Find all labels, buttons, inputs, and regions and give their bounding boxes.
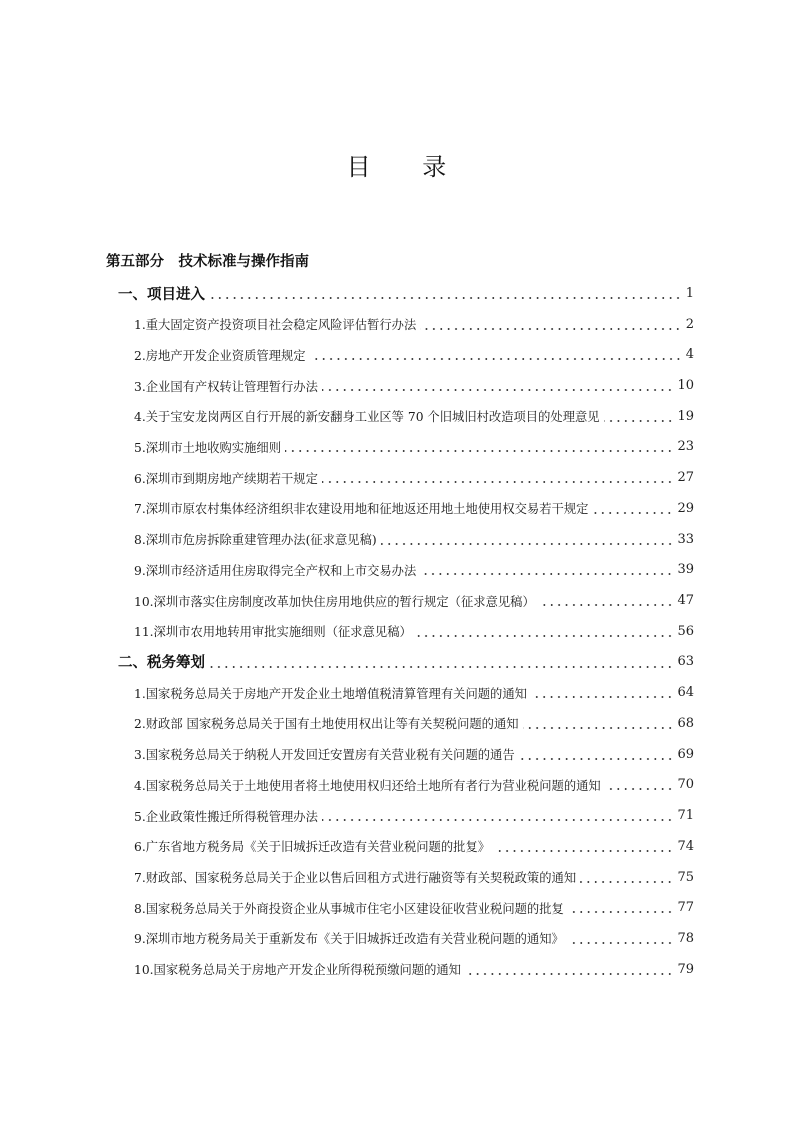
dot-leader [580,881,673,883]
toc-entry-label: 3.企业国有产权转让管理暂行办法 [134,377,318,395]
toc-page-number: 56 [677,624,694,639]
toc-page-number: 23 [677,439,694,454]
toc-entry-label: 2.财政部 国家税务总局关于国有土地使用权出让等有关契税问题的通知 [134,714,519,732]
toc-entry-label: 9.深圳市经济适用住房取得完全产权和上市交易办法 [134,561,416,579]
toc-entry-label: 1.重大固定资产投资项目社会稳定风险评估暂行办法 [134,315,416,333]
dot-leader [322,819,674,821]
toc-entry-label: 4.国家税务总局关于土地使用者将土地使用权归还给土地所有者行为营业税问题的通知 [134,776,601,794]
dot-leader [285,450,673,452]
toc-page-number: 47 [677,593,694,608]
toc-entry[interactable]: 10.深圳市落实住房制度改革加快住房用地供应的暂行规定（征求意见稿） 47 [0,585,793,616]
toc-page-number: 68 [677,716,694,731]
toc-entry[interactable]: 4.关于宝安龙岗两区自行开展的新安翻身工业区等 70 个旧城旧村改造项目的处理意… [0,401,793,432]
toc-entry-label: 11.深圳市农用地转用审批实施细则（征求意见稿） [134,622,412,640]
toc-entry-label: 9.深圳市地方税务局关于重新发布《关于旧城拆迁改造有关营业税问题的通知》 [134,929,564,947]
toc-entry[interactable]: 2.房地产开发企业资质管理规定 4 [0,339,793,370]
toc-page-number: 10 [677,378,694,393]
toc-section-label: 二、税务筹划 [118,651,205,672]
toc-page-number: 64 [677,685,694,700]
toc-entry-label: 10.国家税务总局关于房地产开发企业所得税预缴问题的通知 [134,960,461,978]
toc-section-heading[interactable]: 二、税务筹划 63 [0,647,793,678]
document-page: 目 录 第五部分 技术标准与操作指南 一、项目进入 1 1.重大固定资产投资项目… [0,0,793,1121]
toc-page-number: 78 [677,931,694,946]
toc-entry-label: 1.国家税务总局关于房地产开发企业土地增值税清算管理有关问题的通知 [134,684,527,702]
dot-leader [322,389,674,391]
toc-entry[interactable]: 7.深圳市原农村集体经济组织非农建设用地和征地返还用地土地使用权交易若干规定 2… [0,493,793,524]
table-of-contents: 一、项目进入 1 1.重大固定资产投资项目社会稳定风险评估暂行办法 2 2.房地… [0,278,793,985]
toc-entry[interactable]: 2.财政部 国家税务总局关于国有土地使用权出让等有关契税问题的通知 68 [0,708,793,739]
dot-leader [523,727,674,729]
dot-leader [465,973,673,975]
toc-entry[interactable]: 5.企业政策性搬迁所得税管理办法 71 [0,800,793,831]
toc-entry-label: 10.深圳市落实住房制度改革加快住房用地供应的暂行规定（征求意见稿） [134,592,535,610]
toc-entry-label: 3.国家税务总局关于纳税人开发回迁安置房有关营业税有关问题的通告 [134,745,515,763]
toc-page-number: 71 [677,808,694,823]
dot-leader [531,696,674,698]
dot-leader [568,911,674,913]
toc-entry-label: 8.国家税务总局关于外商投资企业从事城市住宅小区建设征收营业税问题的批复 [134,899,564,917]
toc-entry-label: 4.关于宝安龙岗两区自行开展的新安翻身工业区等 70 个旧城旧村改造项目的处理意… [134,407,600,425]
dot-leader [322,481,674,483]
dot-leader [494,850,673,852]
toc-page-number: 39 [677,562,694,577]
toc-page-number: 74 [677,839,694,854]
toc-page-number: 19 [677,409,694,424]
toc-page-number: 77 [677,900,694,915]
toc-entry-label: 7.深圳市原农村集体经济组织非农建设用地和征地返还用地土地使用权交易若干规定 [134,499,588,517]
toc-entry-label: 7.财政部、国家税务总局关于企业以售后回租方式进行融资等有关契税政策的通知 [134,868,576,886]
toc-page-number: 2 [686,317,694,332]
toc-section-label: 一、项目进入 [118,283,205,304]
toc-page-number: 1 [686,286,694,301]
dot-leader [605,788,674,790]
dot-leader [592,512,673,514]
toc-entry[interactable]: 9.深圳市经济适用住房取得完全产权和上市交易办法 39 [0,554,793,585]
toc-entry[interactable]: 5.深圳市土地收购实施细则 23 [0,432,793,463]
toc-page-number: 63 [677,654,694,669]
toc-page-number: 29 [677,501,694,516]
toc-entry[interactable]: 4.国家税务总局关于土地使用者将土地使用权归还给土地所有者行为营业税问题的通知 … [0,770,793,801]
toc-page-number: 70 [677,777,694,792]
toc-entry[interactable]: 7.财政部、国家税务总局关于企业以售后回租方式进行融资等有关契税政策的通知 75 [0,862,793,893]
toc-entry-label: 6.广东省地方税务局《关于旧城拆迁改造有关营业税问题的批复》 [134,837,490,855]
toc-entry[interactable]: 6.广东省地方税务局《关于旧城拆迁改造有关营业税问题的批复》 74 [0,831,793,862]
toc-entry[interactable]: 3.企业国有产权转让管理暂行办法 10 [0,370,793,401]
toc-entry[interactable]: 8.国家税务总局关于外商投资企业从事城市住宅小区建设征收营业税问题的批复 77 [0,892,793,923]
document-title: 目 录 [0,150,793,184]
dot-leader [519,758,674,760]
toc-entry[interactable]: 1.重大固定资产投资项目社会稳定风险评估暂行办法 2 [0,309,793,340]
dot-leader [209,297,682,299]
dot-leader [416,635,674,637]
toc-page-number: 75 [677,870,694,885]
toc-entry[interactable]: 6.深圳市到期房地产续期若干规定 27 [0,462,793,493]
dot-leader [539,604,674,606]
toc-entry-label: 2.房地产开发企业资质管理规定 [134,346,306,364]
dot-leader [420,573,673,575]
dot-leader [310,358,682,360]
dot-leader [420,328,681,330]
dot-leader [604,420,674,422]
toc-entry-label: 8.深圳市危房拆除重建管理办法(征求意见稿) [134,530,377,548]
toc-entry-label: 5.企业政策性搬迁所得税管理办法 [134,807,318,825]
toc-entry[interactable]: 11.深圳市农用地转用审批实施细则（征求意见稿） 56 [0,616,793,647]
toc-page-number: 79 [677,962,694,977]
toc-page-number: 33 [677,532,694,547]
toc-page-number: 69 [677,747,694,762]
toc-entry-label: 6.深圳市到期房地产续期若干规定 [134,469,318,487]
toc-entry[interactable]: 8.深圳市危房拆除重建管理办法(征求意见稿) 33 [0,524,793,555]
toc-page-number: 4 [686,347,694,362]
toc-entry[interactable]: 10.国家税务总局关于房地产开发企业所得税预缴问题的通知 79 [0,954,793,985]
toc-entry-label: 5.深圳市土地收购实施细则 [134,438,281,456]
dot-leader [209,666,673,668]
toc-page-number: 27 [677,470,694,485]
dot-leader [568,942,674,944]
toc-section-heading[interactable]: 一、项目进入 1 [0,278,793,309]
toc-entry[interactable]: 3.国家税务总局关于纳税人开发回迁安置房有关营业税有关问题的通告 69 [0,739,793,770]
part-heading: 第五部分 技术标准与操作指南 [106,251,309,273]
dot-leader [381,543,674,545]
toc-entry[interactable]: 1.国家税务总局关于房地产开发企业土地增值税清算管理有关问题的通知 64 [0,677,793,708]
toc-entry[interactable]: 9.深圳市地方税务局关于重新发布《关于旧城拆迁改造有关营业税问题的通知》 78 [0,923,793,954]
